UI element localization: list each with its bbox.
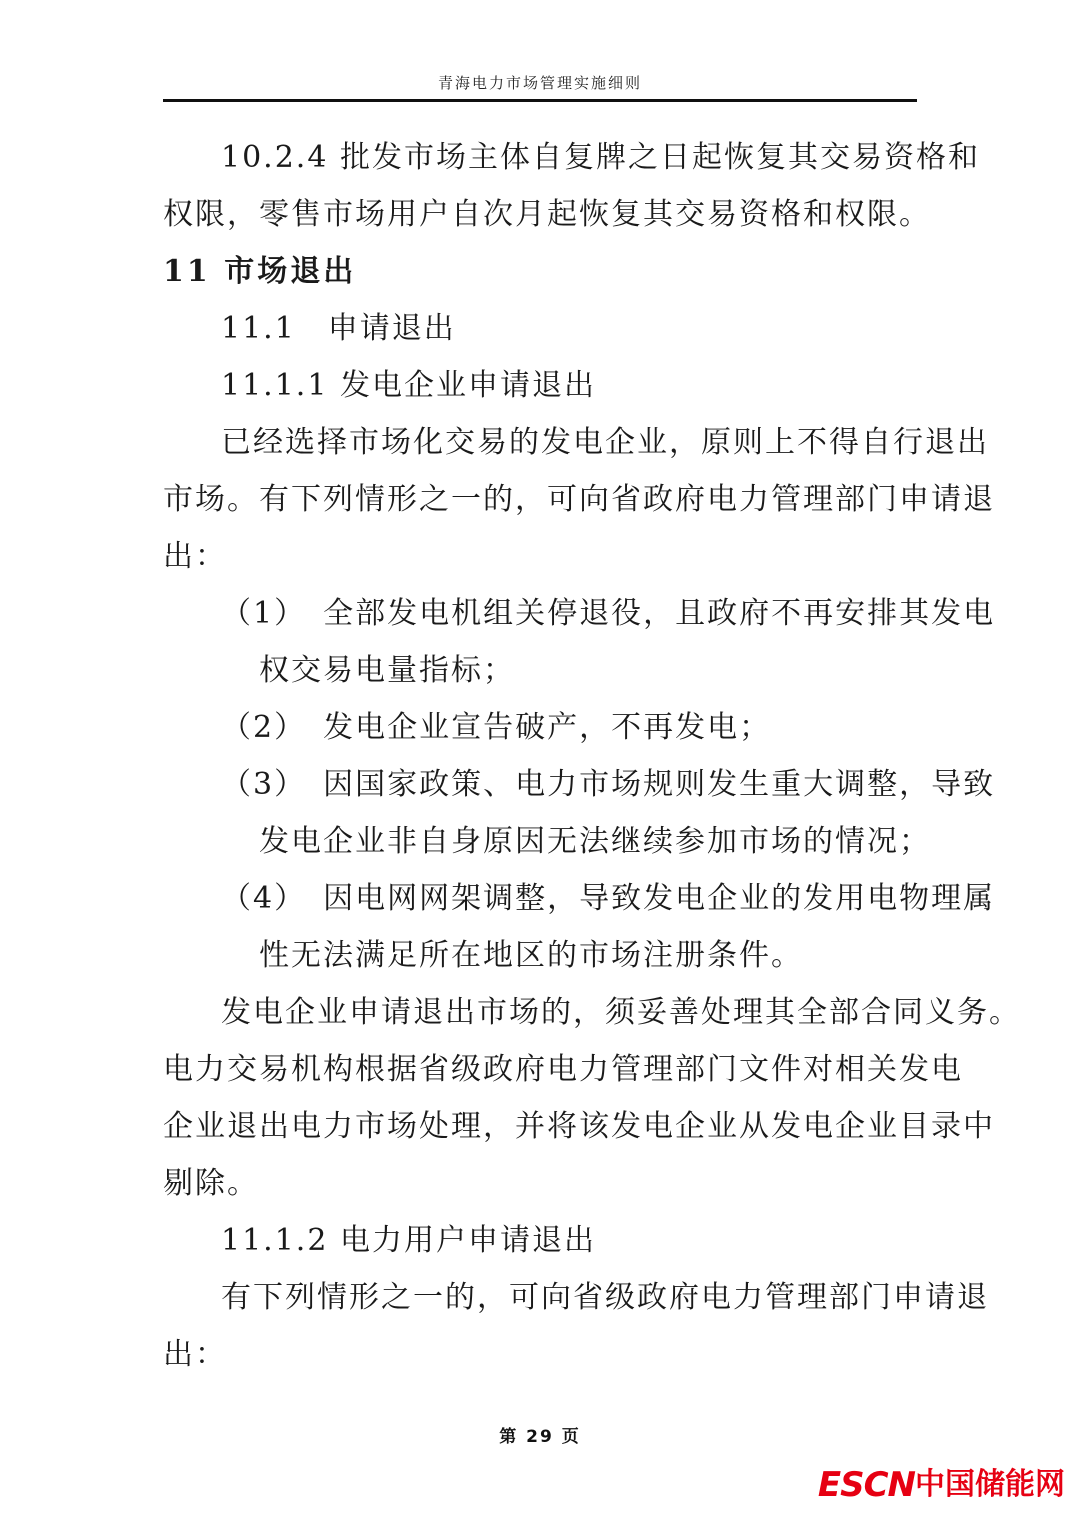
text-line: （4） 因电网网架调整，导致发电企业的发用电物理属 [163, 870, 953, 927]
header-rule [163, 99, 917, 102]
text-line: 发电企业申请退出市场的，须妥善处理其全部合同义务。 [163, 984, 953, 1041]
paragraph: （1） 全部发电机组关停退役，且政府不再安排其发电权交易电量指标； [163, 585, 953, 699]
document-body: 10.2.4 批发市场主体自复牌之日起恢复其交易资格和权限，零售市场用户自次月起… [163, 129, 953, 1383]
text-line: 市场。有下列情形之一的，可向省政府电力管理部门申请退 [163, 471, 953, 528]
text-line: 出： [163, 528, 953, 585]
text-line: 性无法满足所在地区的市场注册条件。 [163, 927, 953, 984]
escn-logo-latin: ESCN [818, 1465, 915, 1505]
text-line: 10.2.4 批发市场主体自复牌之日起恢复其交易资格和 [163, 129, 953, 186]
header-title: 青海电力市场管理实施细则 [0, 72, 1080, 93]
text-line: 11.1.2 电力用户申请退出 [163, 1212, 953, 1269]
paragraph: 有下列情形之一的，可向省级政府电力管理部门申请退出： [163, 1269, 953, 1383]
escn-logo: ESCN中国储能网 [818, 1468, 1065, 1508]
text-line: 剔除。 [163, 1155, 953, 1212]
paragraph: 11.1 申请退出 [163, 300, 953, 357]
section-heading: 11 市场退出 [163, 243, 953, 300]
page-number: 第 29 页 [0, 1422, 1080, 1447]
paragraph: 已经选择市场化交易的发电企业，原则上不得自行退出市场。有下列情形之一的，可向省政… [163, 414, 953, 585]
document-page: 青海电力市场管理实施细则 10.2.4 批发市场主体自复牌之日起恢复其交易资格和… [0, 0, 1080, 1527]
paragraph: （3） 因国家政策、电力市场规则发生重大调整，导致发电企业非自身原因无法继续参加… [163, 756, 953, 870]
escn-logo-chinese: 中国储能网 [915, 1467, 1065, 1502]
text-line: 电力交易机构根据省级政府电力管理部门文件对相关发电 [163, 1041, 953, 1098]
text-line: （3） 因国家政策、电力市场规则发生重大调整，导致 [163, 756, 953, 813]
text-line: 权限，零售市场用户自次月起恢复其交易资格和权限。 [163, 186, 953, 243]
text-line: 企业退出电力市场处理，并将该发电企业从发电企业目录中 [163, 1098, 953, 1155]
text-line: 11 市场退出 [163, 243, 953, 300]
text-line: 权交易电量指标； [163, 642, 953, 699]
text-line: 11.1.1 发电企业申请退出 [163, 357, 953, 414]
text-line: 已经选择市场化交易的发电企业，原则上不得自行退出 [163, 414, 953, 471]
paragraph: 发电企业申请退出市场的，须妥善处理其全部合同义务。电力交易机构根据省级政府电力管… [163, 984, 953, 1212]
text-line: （2） 发电企业宣告破产，不再发电； [163, 699, 953, 756]
text-line: 有下列情形之一的，可向省级政府电力管理部门申请退 [163, 1269, 953, 1326]
paragraph: 10.2.4 批发市场主体自复牌之日起恢复其交易资格和权限，零售市场用户自次月起… [163, 129, 953, 243]
paragraph: （4） 因电网网架调整，导致发电企业的发用电物理属性无法满足所在地区的市场注册条… [163, 870, 953, 984]
paragraph: 11.1.1 发电企业申请退出 [163, 357, 953, 414]
paragraph: （2） 发电企业宣告破产，不再发电； [163, 699, 953, 756]
text-line: 发电企业非自身原因无法继续参加市场的情况； [163, 813, 953, 870]
text-line: 11.1 申请退出 [163, 300, 953, 357]
text-line: 出： [163, 1326, 953, 1383]
text-line: （1） 全部发电机组关停退役，且政府不再安排其发电 [163, 585, 953, 642]
paragraph: 11.1.2 电力用户申请退出 [163, 1212, 953, 1269]
